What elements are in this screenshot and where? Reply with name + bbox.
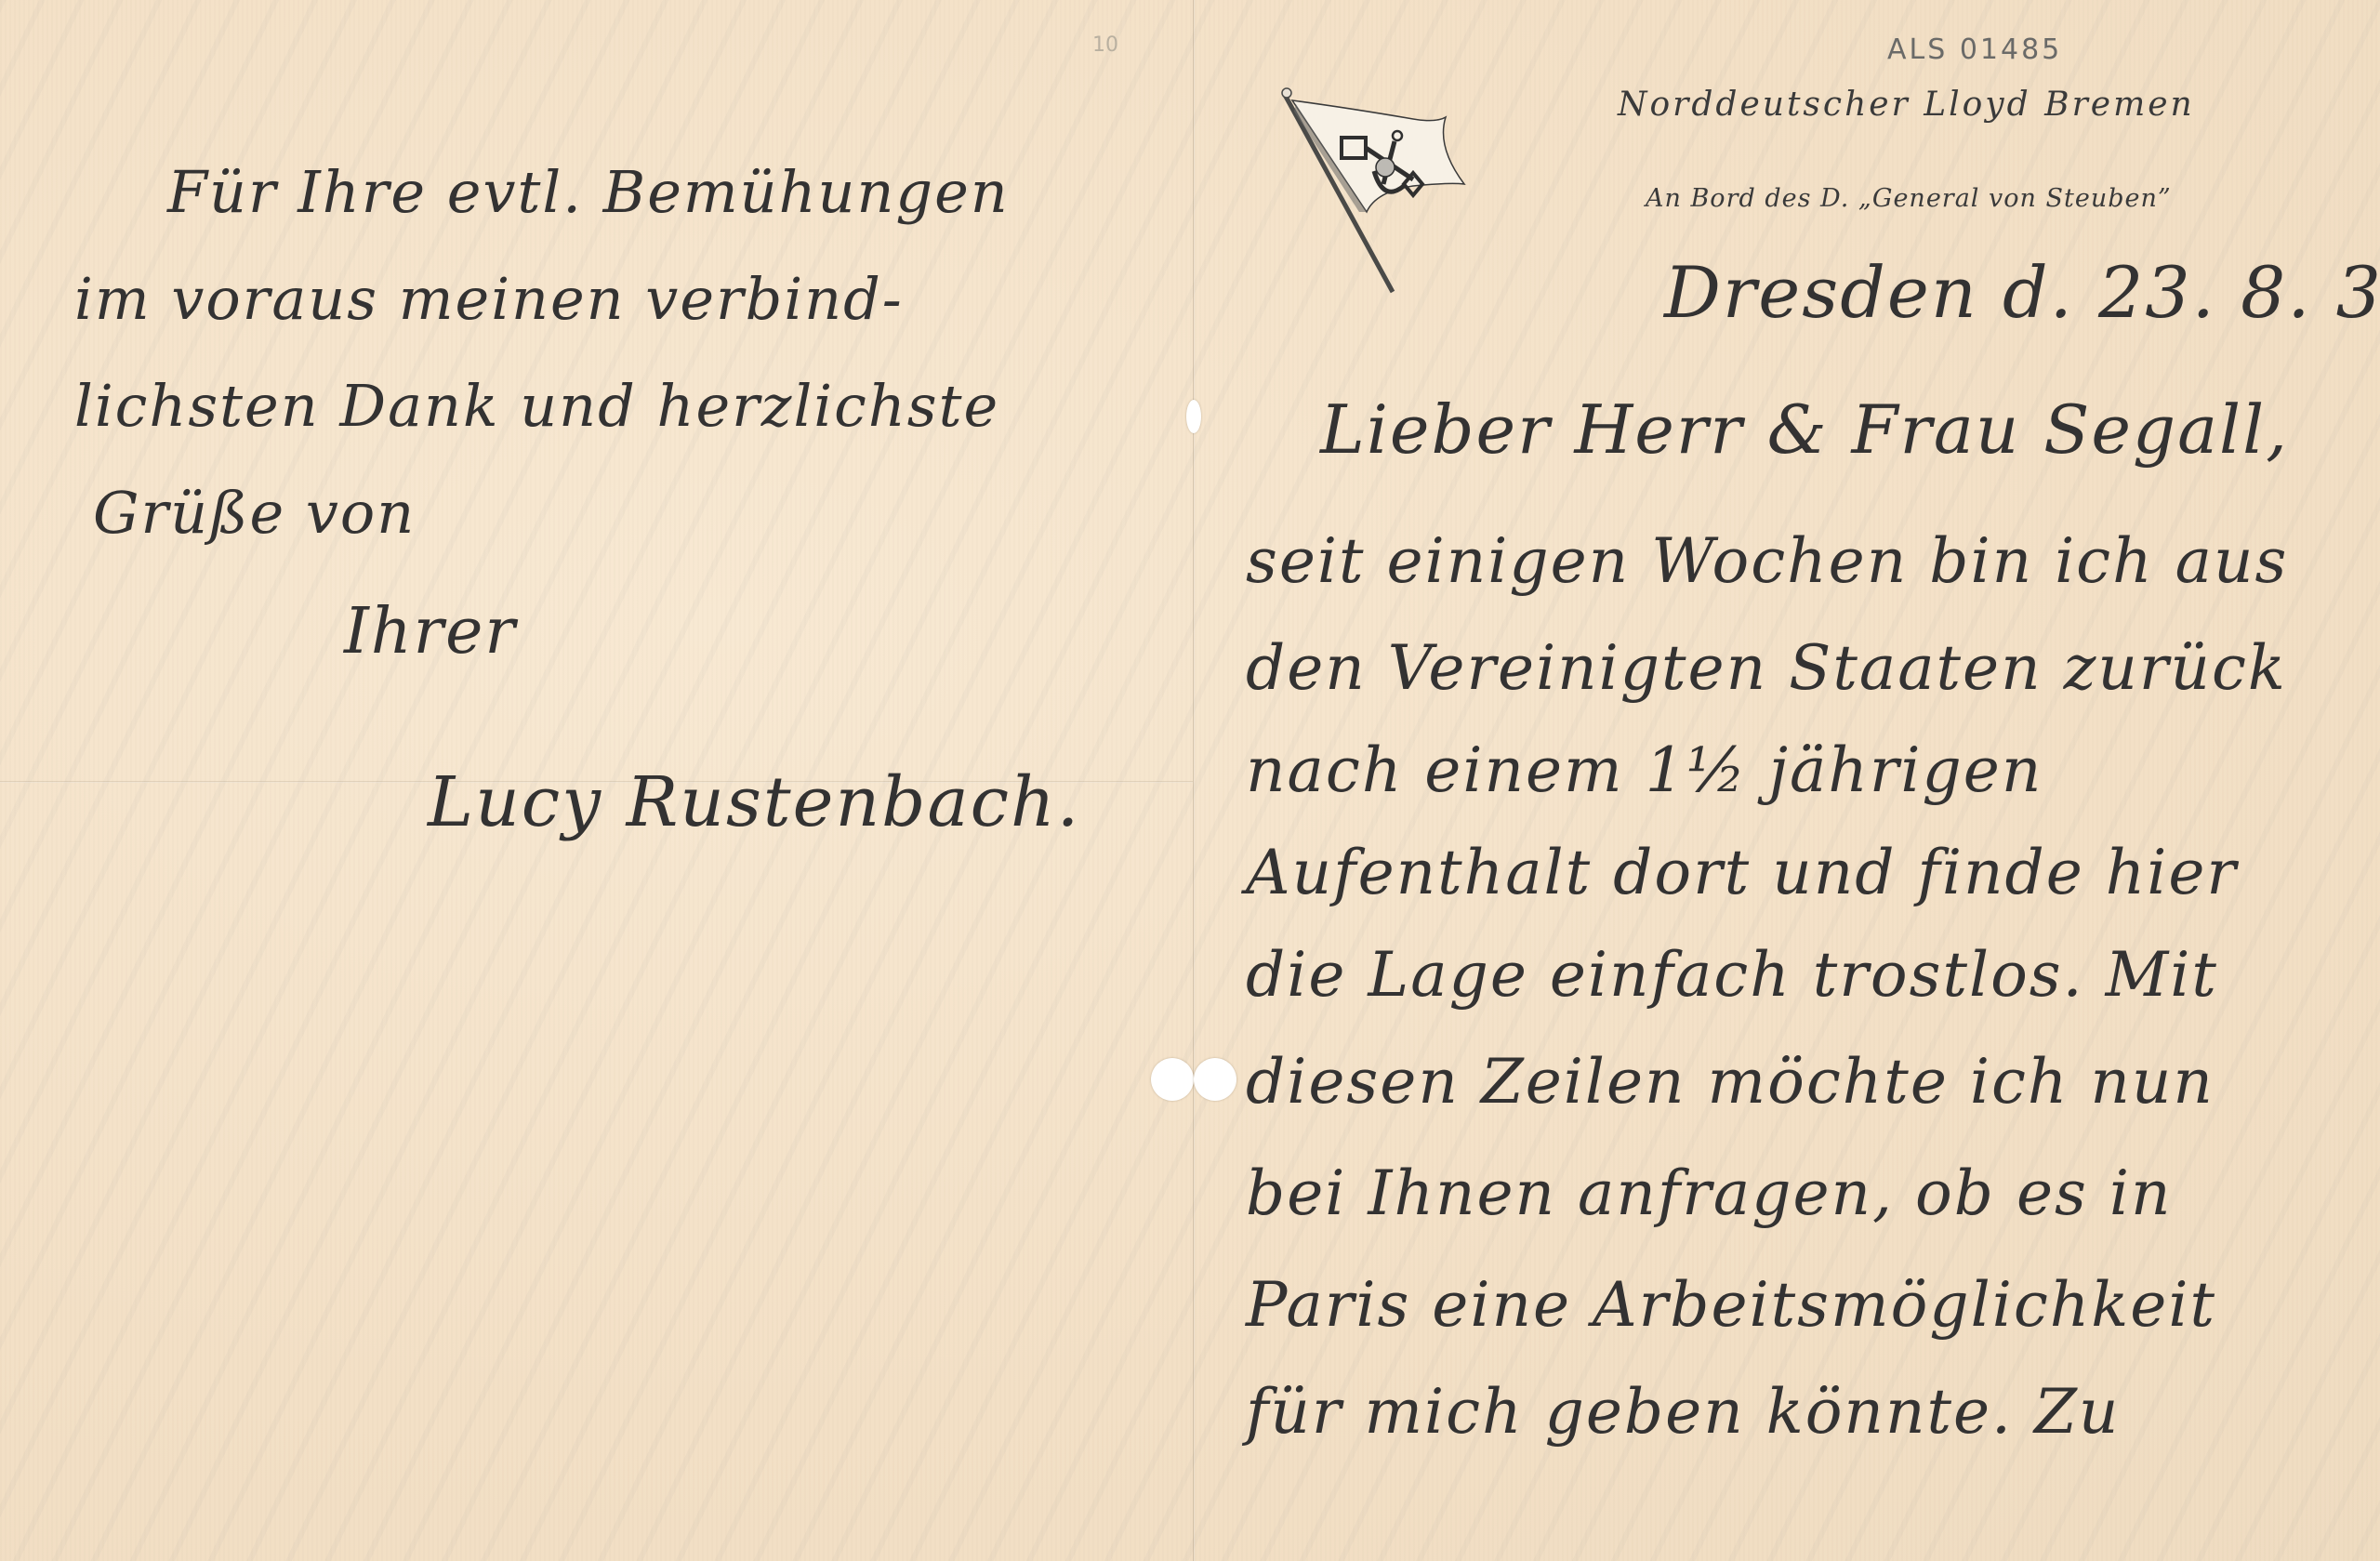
closing-line-1: Für Ihre evtl. Bemühungen <box>167 158 1010 226</box>
punch-hole-bottom-right <box>1194 1058 1236 1101</box>
body-line-3: nach einem 1½ jährigen <box>1246 734 2043 806</box>
body-line-5: die Lage einfach trostlos. Mit <box>1246 939 2218 1011</box>
letterhead-company-name: Norddeutscher Lloyd Bremen <box>1618 86 2195 124</box>
archive-id-stamp: ALS 01485 <box>1887 33 2062 66</box>
closing-line-4: Grüße von <box>93 479 416 547</box>
body-line-2: den Vereinigten Staaten zurück <box>1246 632 2287 704</box>
pencil-page-number: 10 <box>1092 33 1118 57</box>
body-line-4: Aufenthalt dort und finde hier <box>1246 837 2238 908</box>
salutation: Lieber Herr & Frau Segall, <box>1320 390 2289 469</box>
letterhead-ship-name: An Bord des D. „General von Steuben” <box>1646 184 2172 213</box>
body-line-9: für mich geben könnte. Zu <box>1246 1376 2120 1448</box>
valediction: Ihrer <box>344 595 517 668</box>
vertical-fold-line <box>1193 0 1195 1561</box>
body-line-1: seit einigen Wochen bin ich aus <box>1246 525 2288 597</box>
flag-with-key-and-anchor-icon <box>1274 82 1515 296</box>
body-line-7: bei Ihnen anfragen, ob es in <box>1246 1158 2172 1229</box>
body-line-8: Paris eine Arbeitsmöglichkeit <box>1246 1269 2216 1341</box>
punch-hole-top <box>1186 400 1201 433</box>
closing-line-2: im voraus meinen verbind- <box>74 265 904 333</box>
signature: Lucy Rustenbach. <box>428 762 1080 842</box>
date-line: Dresden d. 23. 8. 31. <box>1664 251 2380 334</box>
body-line-6: diesen Zeilen möchte ich nun <box>1246 1046 2215 1118</box>
punch-hole-bottom-left <box>1151 1058 1194 1101</box>
closing-line-3: lichsten Dank und herzlichste <box>74 372 999 440</box>
